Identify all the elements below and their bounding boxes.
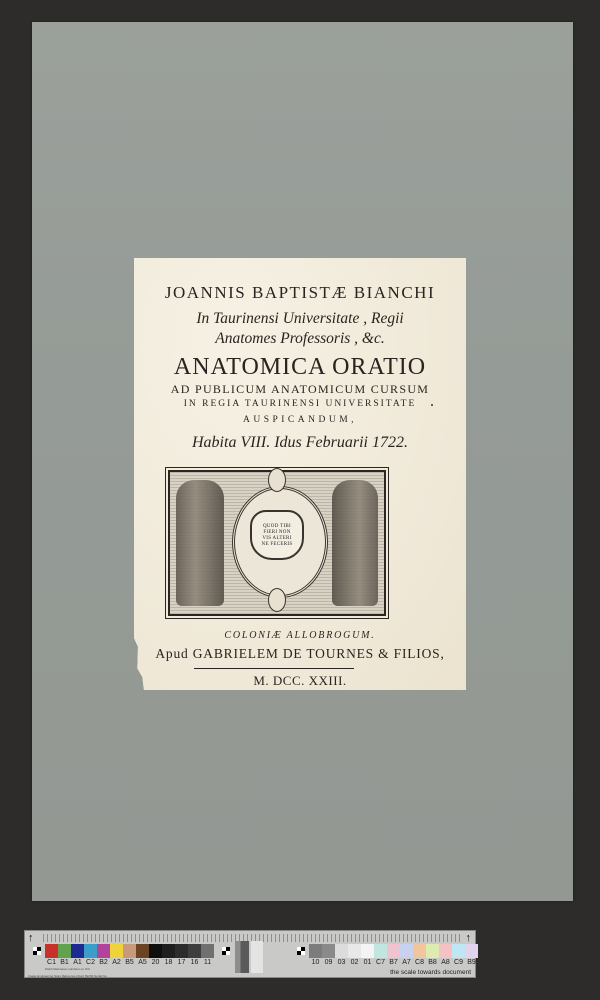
patch-label: C2: [84, 959, 97, 966]
checker-icon: [297, 947, 305, 955]
auspicandum-line: AUSPICANDUM,: [134, 415, 466, 425]
patch-label: 17: [175, 959, 188, 966]
ad-line: AD PUBLICUM ANATOMICUM CURSUM: [134, 382, 466, 397]
color-patch: [123, 944, 136, 958]
medallion-top-icon: [268, 468, 286, 492]
color-patch: [439, 944, 452, 958]
patch-label: A2: [110, 959, 123, 966]
patch-label: C9: [452, 959, 465, 966]
color-patch: [426, 944, 439, 958]
color-patch: [58, 944, 71, 958]
publisher-line: Apud GABRIELEM DE TOURNES & FILIOS,: [134, 646, 466, 662]
subtitle-line-1: In Taurinensi Universitate , Regii: [134, 310, 466, 328]
resolution-target: [251, 941, 263, 973]
color-patch: [361, 944, 374, 958]
color-patch: [452, 944, 465, 958]
patch-label: 20: [149, 959, 162, 966]
up-arrow-icon: ↑: [28, 932, 34, 944]
patch-label: 03: [335, 959, 348, 966]
checker-icon: [222, 947, 230, 955]
color-patch: [136, 944, 149, 958]
color-patch: [348, 944, 361, 958]
color-patch: [97, 944, 110, 958]
color-patch: [45, 944, 58, 958]
color-patch: [188, 944, 201, 958]
author-line: JOANNIS BAPTISTÆ BIANCHI: [134, 283, 466, 303]
year-line: M. DCC. XXIII.: [134, 673, 466, 689]
engraved-plate: QUOD TIBI FIERI NON VIS ALTERI NE FECERI…: [168, 470, 386, 616]
left-patch-labels: C1B1A1C2B2A2B5A52018171611: [45, 959, 214, 966]
patch-label: A1: [71, 959, 84, 966]
color-patch: [309, 944, 322, 958]
color-patch: [465, 944, 478, 958]
color-patch: [322, 944, 335, 958]
motto-line: NE FECERIS: [252, 542, 302, 548]
patch-label: 16: [188, 959, 201, 966]
color-reference-chart: ↑ ↑ C1B1A1C2B2A2B5A52018171611 100903020…: [24, 930, 476, 978]
footer-note: Image Engineering Scan Reference Chart T…: [28, 974, 107, 978]
color-patch: [335, 944, 348, 958]
place-line: COLONIÆ ALLOBROGUM.: [134, 630, 466, 641]
right-color-patches: [309, 944, 478, 958]
title-page: JOANNIS BAPTISTÆ BIANCHI In Taurinensi U…: [134, 258, 466, 690]
main-title: ANATOMICA ORATIO: [134, 354, 466, 381]
right-patch-labels: 1009030201C7B7A7C8B8A8C9B9: [309, 959, 478, 966]
motto-cartouche: QUOD TIBI FIERI NON VIS ALTERI NE FECERI…: [250, 510, 304, 560]
scale-caption: the scale towards document: [390, 969, 471, 976]
left-color-patches: [45, 944, 214, 958]
patch-label: B5: [123, 959, 136, 966]
patch-label: 18: [162, 959, 175, 966]
patch-label: B7: [387, 959, 400, 966]
color-patch: [149, 944, 162, 958]
allegorical-figure-right: [332, 480, 378, 606]
color-patch: [71, 944, 84, 958]
color-patch: [413, 944, 426, 958]
patch-label: 09: [322, 959, 335, 966]
patch-label: A7: [400, 959, 413, 966]
color-patch: [201, 944, 214, 958]
subtitle-line-2: Anatomes Professoris , &c.: [134, 330, 466, 348]
patch-label: C1: [45, 959, 58, 966]
patch-label: B1: [58, 959, 71, 966]
checker-icon: [33, 947, 41, 955]
patch-label: C7: [374, 959, 387, 966]
patch-label: 02: [348, 959, 361, 966]
grey-step-block: [235, 941, 249, 973]
patch-label: B8: [426, 959, 439, 966]
color-patch: [84, 944, 97, 958]
color-patch: [374, 944, 387, 958]
patch-note: Patch Reference numbers on ICC: [45, 967, 90, 971]
patch-label: C8: [413, 959, 426, 966]
patch-label: 01: [361, 959, 374, 966]
in-line: IN REGIA TAURINENSI UNIVERSITATE: [134, 399, 466, 409]
color-patch: [175, 944, 188, 958]
patch-label: A5: [136, 959, 149, 966]
patch-label: A8: [439, 959, 452, 966]
ink-speck: [431, 404, 433, 406]
cross-medallion-icon: [268, 588, 286, 612]
color-patch: [110, 944, 123, 958]
up-arrow-icon: ↑: [466, 932, 472, 944]
patch-label: 10: [309, 959, 322, 966]
patch-label: B9: [465, 959, 478, 966]
color-patch: [387, 944, 400, 958]
divider-rule: [194, 668, 354, 669]
patch-label: B2: [97, 959, 110, 966]
patch-label: 11: [201, 959, 214, 966]
color-patch: [162, 944, 175, 958]
allegorical-figure-left: [176, 480, 224, 606]
habita-line: Habita VIII. Idus Februarii 1722.: [134, 434, 466, 452]
color-patch: [400, 944, 413, 958]
